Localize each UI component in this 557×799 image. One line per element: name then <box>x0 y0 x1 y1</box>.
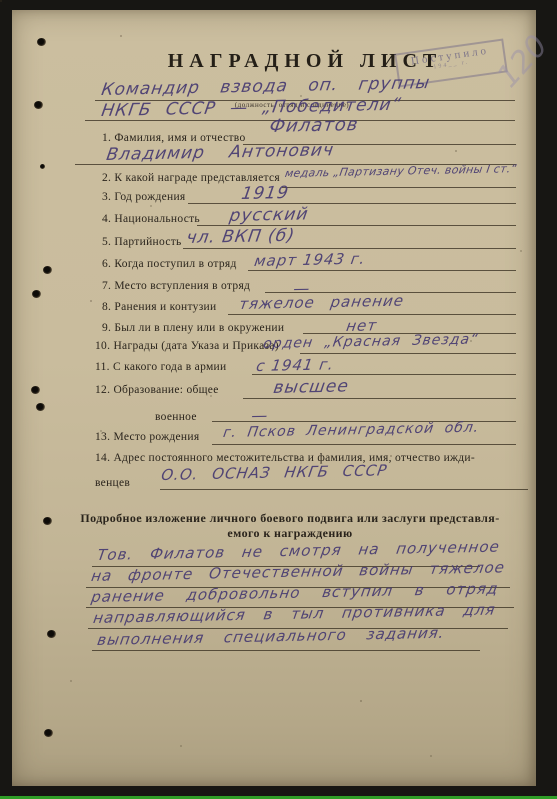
field-label: 5. Партийность <box>102 236 182 248</box>
field-label: 8. Ранения и контузии <box>102 301 216 313</box>
punch-hole <box>43 266 52 274</box>
rule <box>300 353 516 354</box>
punch-hole <box>34 101 43 109</box>
field-label: 14. Адрес постоянного местожительства и … <box>95 452 475 464</box>
rule <box>248 270 516 271</box>
punch-hole <box>43 517 52 525</box>
field-label: 11. С какого года в армии <box>95 361 226 373</box>
field-label: 4. Национальность <box>102 213 200 225</box>
punch-hole <box>32 290 41 298</box>
field-value: высшее <box>272 376 350 398</box>
paper-texture <box>0 0 2 2</box>
rule <box>183 248 516 249</box>
rule <box>243 398 516 399</box>
field-label: венцев <box>95 477 130 489</box>
punch-hole <box>44 729 53 737</box>
punch-hole <box>37 38 46 46</box>
rule <box>212 444 516 445</box>
field-label: 3. Год рождения <box>102 191 186 203</box>
field-value: 1919 <box>240 183 290 204</box>
rule <box>282 187 516 188</box>
rule <box>228 314 516 315</box>
rule <box>92 650 480 651</box>
field-label: военное <box>155 411 197 423</box>
field-value: — <box>250 406 270 425</box>
field-label: 9. Был ли в плену или в окружении <box>102 322 284 334</box>
field-value: тяжелое ранение <box>238 291 406 313</box>
field-label: 2. К какой награде представляется <box>102 172 280 184</box>
field-label: 10. Награды (дата Указа и Приказа) <box>95 340 279 352</box>
rule <box>160 489 528 490</box>
scanned-document-background: НАГРАДНОЙ ЛИСТ Поступило 194__ г. 120 Ко… <box>0 0 557 799</box>
punch-hole <box>31 386 40 394</box>
field-label: 13. Место рождения <box>95 431 199 443</box>
field-value: с 1941 г. <box>255 355 335 375</box>
field-label: 7. Место вступления в отряд <box>102 280 250 292</box>
feat-heading-line1: Подробное изложение личного боевого подв… <box>80 511 500 526</box>
punch-hole <box>47 630 56 638</box>
field-value: Филатов <box>268 114 360 137</box>
punch-hole <box>36 403 45 411</box>
punch-hole <box>40 164 45 169</box>
rule <box>188 203 516 204</box>
field-value: март 1943 г. <box>253 250 367 270</box>
field-value: чл. ВКП (б) <box>185 226 296 248</box>
rule <box>252 374 516 375</box>
field-label: 12. Образование: общее <box>95 384 219 396</box>
field-value: русский <box>228 204 310 226</box>
field-label: 6. Когда поступил в отряд <box>102 258 237 270</box>
